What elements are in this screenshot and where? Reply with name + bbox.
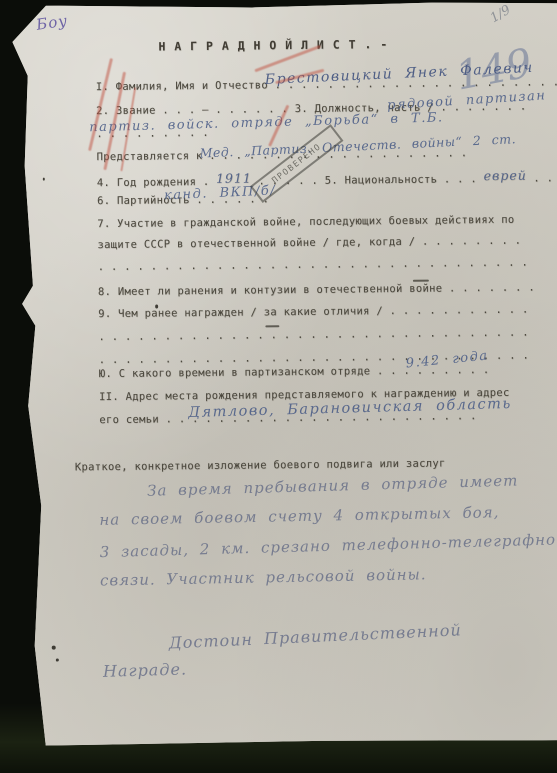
field-birthyear-value: 1911 (216, 170, 252, 185)
dots-leader: . . . . (533, 172, 557, 184)
form-title: Н А Г Р А Д Н О Й Л И С Т . - (158, 38, 388, 54)
field-since-when-label: Ю. С какого времени в партизанском отряд… (99, 365, 371, 380)
paper-hole (43, 178, 45, 181)
field-submitted-label: Представляется к (97, 150, 203, 163)
feat-heading: Краткое, конкретное изложение боевого по… (75, 457, 446, 473)
handwritten-dash (265, 325, 279, 327)
feat-line: 3 засады, 2 км. срезано телефонно-телегр… (100, 530, 557, 561)
dots-leader: . . . . . . . . (422, 235, 521, 248)
field-wounds-label: 8. Имеет ли ранения и контузии в отечест… (98, 283, 442, 299)
field-nationality-label: 5. Национальность (325, 174, 438, 187)
field-wounds: 8. Имеет ли ранения и контузии в отечест… (98, 282, 535, 299)
field-birth-nationality: 4. Год рождения . 1911 . . . . . 5. Наци… (97, 169, 557, 190)
scanned-document-photo: Боу 1/9 149 Н А Г Р А Д Н О Й Л И С Т . … (0, 0, 557, 773)
conclusion-line: Достоин Правительственной (168, 620, 462, 652)
paper: Боу 1/9 149 Н А Г Р А Д Н О Й Л И С Т . … (12, 0, 557, 746)
paper-hole (52, 646, 56, 650)
dots-leader: . . . . . . . (449, 282, 535, 295)
feat-line: связи. Участник рельсовой войны. (100, 565, 427, 589)
page-number-small: 1/9 (488, 3, 514, 27)
field-previous-awards: 9. Чем ранее награжден / за какие отличи… (98, 304, 529, 321)
field-nationality-value: еврей (484, 168, 527, 183)
feat-line: на своем боевом счету 4 открытых боя, (99, 503, 499, 529)
conclusion-line: Награде. (103, 659, 188, 680)
field-rank-label: 2. Звание (96, 105, 156, 118)
dots-leader: . . . (444, 173, 477, 185)
handwritten-dash (413, 280, 429, 282)
field-war-participation-1: 7. Участие в гражданской войне, последую… (97, 214, 514, 231)
paper-hole (56, 659, 59, 662)
field-war-participation-2: защите СССР в отечественной войне / где,… (97, 235, 521, 252)
dots-row: . . . . . . . . . . . . . . . . . . . . … (98, 327, 529, 344)
corner-note: Боу (35, 11, 69, 34)
verification-stamp: ПРОВЕРЕНО (250, 124, 344, 203)
feat-line: За время пребывания в отряде имеет (147, 471, 519, 499)
field-war-participation-label: защите СССР в отечественной войне / где,… (97, 236, 415, 251)
dots-leader: . . . . . . . . . . . (390, 304, 529, 317)
dots-row: . . . . . . . . . . . . . . . . . . . . … (98, 257, 529, 274)
paper-hole (155, 304, 158, 308)
field-address-label: его семьи (99, 413, 159, 426)
field-previous-awards-label: 9. Чем ранее награжден / за какие отличи… (98, 305, 383, 320)
